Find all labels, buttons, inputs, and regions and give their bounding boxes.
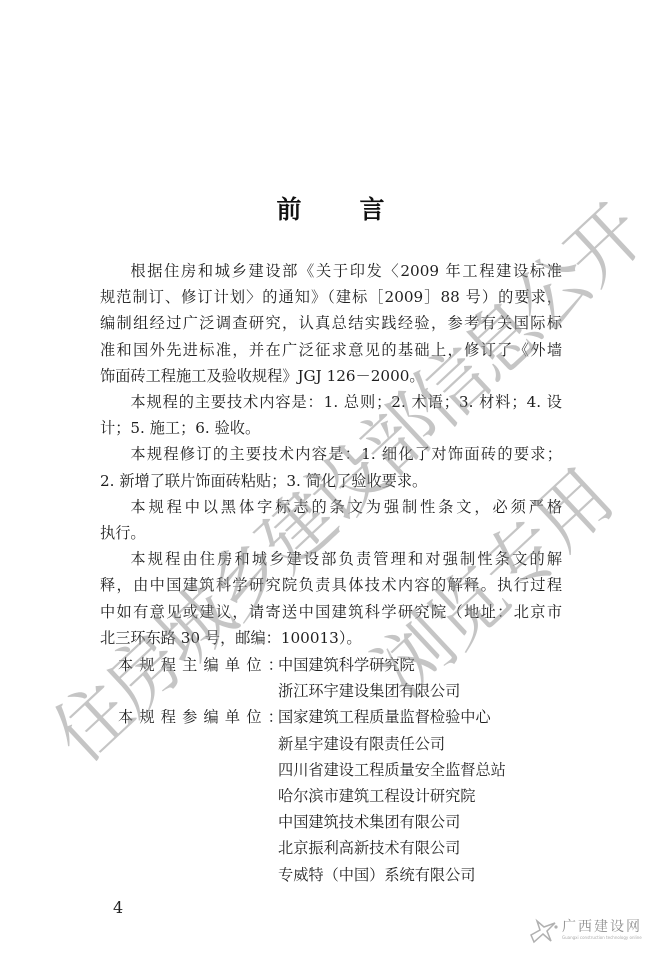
text-line: 执行。 [100, 520, 562, 546]
text-line: 准和国外先进标准，并在广泛征求意见的基础上，修订了《外墙 [100, 337, 562, 363]
text-line: 编制组经过广泛调查研究，认真总结实践经验，参考有关国际标 [100, 310, 562, 336]
unit-name: 国家建筑工程质量监督检验中心 [278, 704, 506, 730]
site-logo: 广西建设网 Guangxi construction technology on… [528, 912, 656, 948]
paragraph-3: 本规程修订的主要技术内容是：1. 细化了对饰面砖的要求； 2. 新增了联片饰面砖… [100, 441, 562, 493]
editing-units: 本规程主编单位： 中国建筑科学研究院 浙江环宇建设集团有限公司 本规程参编单位：… [100, 652, 570, 888]
text-line: 本规程的主要技术内容是：1. 总则；2. 术语；3. 材料；4. 设 [100, 389, 562, 415]
text-line: 2. 新增了联片饰面砖粘贴；3. 简化了验收要求。 [100, 468, 562, 494]
chief-editor-label: 本规程主编单位： [100, 652, 278, 678]
title-char-2: 言 [360, 190, 385, 226]
text-line: 规范制订、修订计划〉的通知》（建标［2009］88 号）的要求， [100, 284, 562, 310]
chief-editor-list: 中国建筑科学研究院 浙江环宇建设集团有限公司 [278, 652, 460, 704]
paragraph-2: 本规程的主要技术内容是：1. 总则；2. 术语；3. 材料；4. 设 计；5. … [100, 389, 562, 441]
unit-name: 中国建筑科学研究院 [278, 652, 460, 678]
text-line: 本规程修订的主要技术内容是：1. 细化了对饰面砖的要求； [100, 441, 562, 467]
unit-name: 专威特（中国）系统有限公司 [278, 862, 506, 888]
unit-name: 北京振利高新技术有限公司 [278, 835, 506, 861]
logo-name: 广西建设网 [562, 919, 642, 935]
unit-name: 中国建筑技术集团有限公司 [278, 809, 506, 835]
logo-text: 广西建设网 Guangxi construction technology on… [562, 919, 642, 941]
unit-name: 新星宇建设有限责任公司 [278, 731, 506, 757]
text-line: 北三环东路 30 号，邮编：100013）。 [100, 625, 562, 651]
text-line: 本规程中以黑体字标志的条文为强制性条文，必须严格 [100, 494, 562, 520]
text-line: 本规程由住房和城乡建设部负责管理和对强制性条文的解 [100, 546, 562, 572]
star-logo-icon [528, 915, 558, 945]
page-title: 前言 [0, 190, 661, 226]
paragraph-5: 本规程由住房和城乡建设部负责管理和对强制性条文的解 释，由中国建筑科学研究院负责… [100, 546, 562, 651]
participating-label: 本规程参编单位： [100, 704, 278, 730]
paragraph-1: 根据住房和城乡建设部《关于印发〈2009 年工程建设标准 规范制订、修订计划〉的… [100, 258, 562, 389]
unit-name: 浙江环宇建设集团有限公司 [278, 678, 460, 704]
title-char-1: 前 [276, 190, 301, 226]
paragraph-4: 本规程中以黑体字标志的条文为强制性条文，必须严格 执行。 [100, 494, 562, 546]
logo-subtitle: Guangxi construction technology online [562, 935, 642, 941]
participating-list: 国家建筑工程质量监督检验中心 新星宇建设有限责任公司 四川省建设工程质量安全监督… [278, 704, 506, 887]
page-number: 4 [113, 898, 123, 917]
chief-editor-units: 本规程主编单位： 中国建筑科学研究院 浙江环宇建设集团有限公司 [100, 652, 570, 704]
text-line: 释，由中国建筑科学研究院负责具体技术内容的解释。执行过程 [100, 572, 562, 598]
unit-name: 哈尔滨市建筑工程设计研究院 [278, 783, 506, 809]
preface-body: 根据住房和城乡建设部《关于印发〈2009 年工程建设标准 规范制订、修订计划〉的… [100, 258, 562, 651]
text-line: 中如有意见或建议，请寄送中国建筑科学研究院（地址：北京市 [100, 599, 562, 625]
text-line: 计；5. 施工；6. 验收。 [100, 415, 562, 441]
participating-units: 本规程参编单位： 国家建筑工程质量监督检验中心 新星宇建设有限责任公司 四川省建… [100, 704, 570, 887]
text-line: 根据住房和城乡建设部《关于印发〈2009 年工程建设标准 [100, 258, 562, 284]
unit-name: 四川省建设工程质量安全监督总站 [278, 757, 506, 783]
document-page: 前言 根据住房和城乡建设部《关于印发〈2009 年工程建设标准 规范制订、修订计… [0, 0, 661, 958]
text-line: 饰面砖工程施工及验收规程》JGJ 126－2000。 [100, 363, 562, 389]
